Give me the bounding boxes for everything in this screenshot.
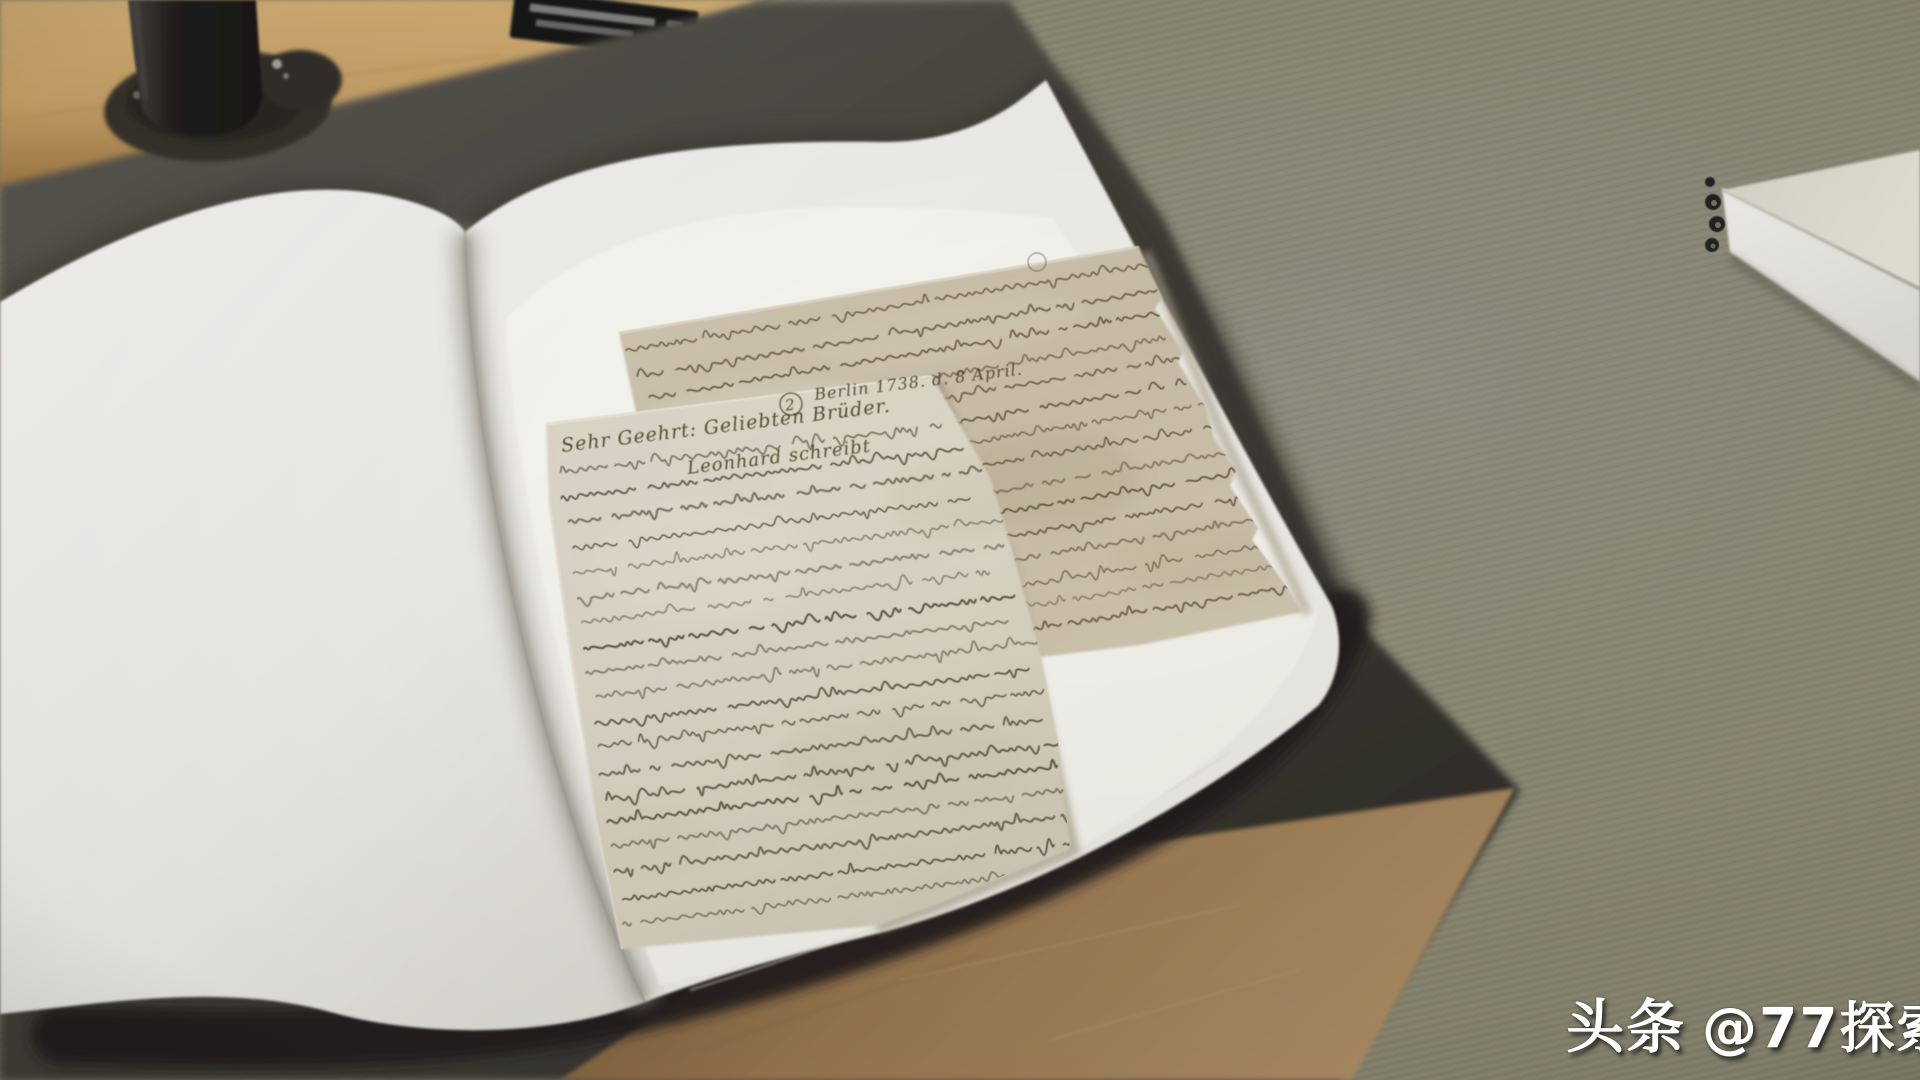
watermark-handle: @77探索 <box>1702 984 1920 1063</box>
vignette <box>0 0 1920 1080</box>
photo-scene: Sehr Geehrt: Geliebten Brüder. 2 Berlin … <box>0 0 1920 1080</box>
watermark: 头条 @77探索 <box>1566 980 1920 1064</box>
scene-canvas: Sehr Geehrt: Geliebten Brüder. 2 Berlin … <box>0 0 1920 1080</box>
watermark-brand-logo: 头条 <box>1566 980 1686 1064</box>
